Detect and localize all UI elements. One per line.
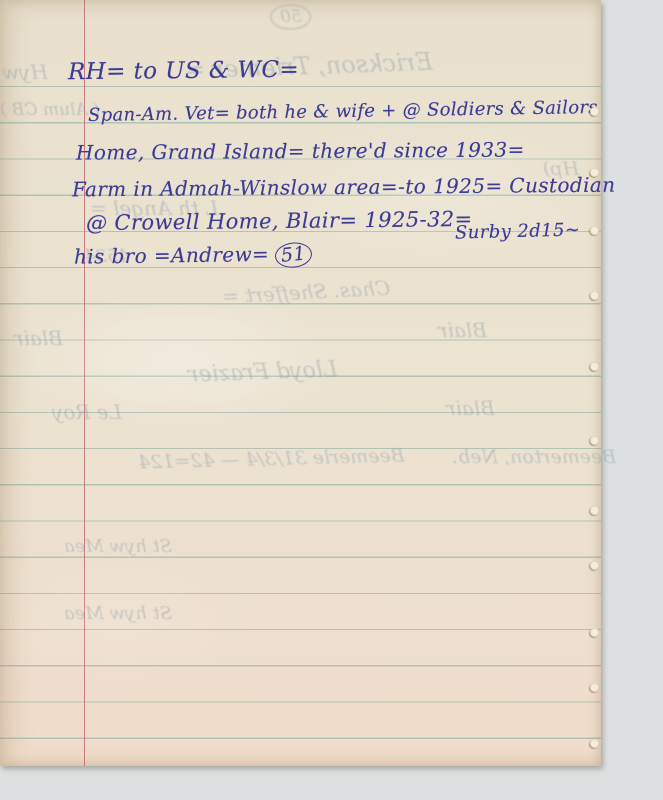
handwriting-line: Home, Grand Island= there'd since 1933=	[76, 137, 525, 164]
handwriting-line: @ Crowell Home, Blair= 1925-32=	[86, 207, 473, 235]
bleedthrough-text: Blair	[438, 318, 487, 342]
bleedthrough-text: Blair	[14, 326, 63, 350]
handwriting-text: his bro =Andrew=	[74, 242, 270, 269]
stitch-hole	[590, 362, 599, 371]
handwriting-line: Surby 2d15~	[455, 219, 581, 243]
handwriting-line: RH= to US & WC=	[68, 57, 299, 85]
stitch-hole	[590, 107, 599, 116]
stitch-hole	[590, 683, 599, 692]
stitch-hole	[590, 168, 599, 177]
stitch-hole	[590, 436, 599, 445]
circled-number: 51	[274, 241, 313, 270]
stitch-hole	[590, 628, 599, 637]
handwriting-line: his bro =Andrew=51	[74, 241, 313, 270]
stitch-hole	[590, 561, 599, 570]
circled-page-number: 50	[270, 4, 312, 30]
scanner-background: 50 Erickson, Triemer = Hyw ( Alum CB ) H…	[0, 0, 663, 800]
bleedthrough-text: Lloyd Frazier	[188, 357, 338, 387]
stitch-hole	[590, 291, 599, 300]
bleedthrough-text: Beemerton, Neb.	[452, 446, 616, 468]
bleedthrough-text: Blair	[446, 396, 495, 420]
bleedthrough-text: St hyw Mea	[64, 536, 172, 557]
bleedthrough-text: Le Roy	[52, 400, 122, 424]
bleedthrough-text: Hyw	[2, 60, 48, 84]
notebook-page: 50 Erickson, Triemer = Hyw ( Alum CB ) H…	[0, 0, 601, 766]
stitch-hole	[590, 506, 599, 515]
stitch-hole	[590, 739, 599, 748]
stitch-hole	[590, 226, 599, 235]
handwriting-line: Farm in Admah-Winslow area=-to 1925= Cus…	[72, 173, 616, 202]
bleedthrough-text: ( Alum CB )	[0, 100, 100, 120]
bleedthrough-text: St hyw Mea	[64, 603, 172, 624]
bleedthrough-page-number: 50	[270, 4, 312, 30]
